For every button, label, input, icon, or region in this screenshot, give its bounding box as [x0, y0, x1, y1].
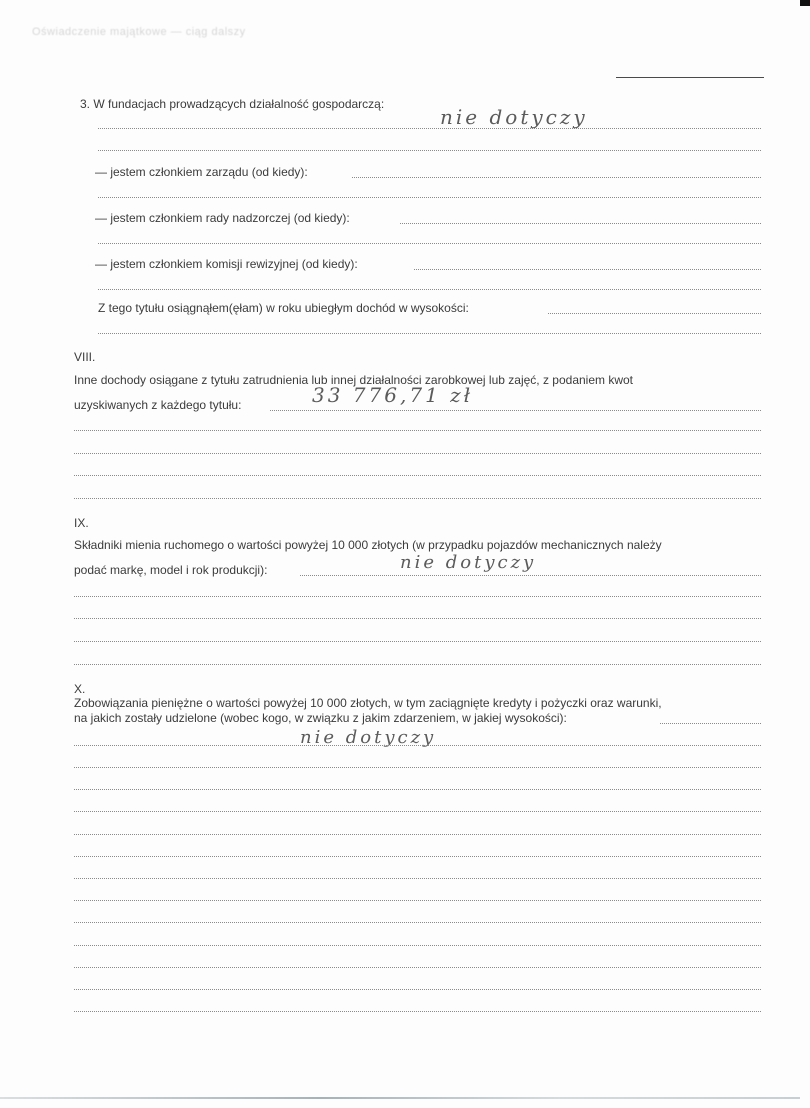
scan-corner-mark: [800, 0, 810, 6]
answer-line: [74, 744, 761, 746]
answer-line: [98, 332, 761, 334]
supervisory-member-label: — jestem członkiem rady nadzorczej (od k…: [95, 211, 350, 225]
answer-line: [74, 497, 761, 499]
answer-line: [352, 176, 761, 178]
answer-line: [74, 640, 761, 642]
answer-line: [74, 595, 761, 597]
answer-line: [74, 899, 761, 901]
answer-line: [660, 722, 761, 724]
answer-line: [74, 855, 761, 857]
answer-line: [300, 574, 761, 576]
answer-line: [98, 149, 761, 151]
section-9-text-line-2: podać markę, model i rok produkcji):: [74, 563, 267, 577]
section-8-numeral: VIII.: [74, 350, 95, 364]
section-9-numeral: IX.: [74, 516, 89, 530]
faded-header-text: Oświadczenie majątkowe — ciąg dalszy: [32, 26, 652, 39]
answer-line: [74, 474, 761, 476]
foundations-item-label: 3. W fundacjach prowadzących działalność…: [80, 97, 384, 111]
header-signature-rule: [616, 77, 764, 78]
handwritten-amount: 33 776,71 zł: [312, 383, 473, 407]
audit-member-label: — jestem członkiem komisji rewizyjnej (o…: [95, 257, 358, 271]
section-10-numeral: X.: [74, 682, 85, 696]
answer-line: [74, 617, 761, 619]
answer-line: [414, 268, 761, 270]
scanned-form-page: Oświadczenie majątkowe — ciąg dalszy 3. …: [0, 0, 810, 1108]
answer-line: [74, 921, 761, 923]
handwritten-answer: nie dotyczy: [440, 105, 588, 129]
section-10-text-line-2: na jakich zostały udzielone (wobec kogo,…: [74, 711, 567, 725]
answer-line: [74, 944, 761, 946]
answer-line: [74, 452, 761, 454]
answer-line: [74, 429, 761, 431]
answer-line: [98, 127, 761, 129]
answer-line: [74, 833, 761, 835]
answer-line: [74, 788, 761, 790]
section-9-text-line-1: Składniki mienia ruchomego o wartości po…: [74, 538, 662, 552]
answer-line: [74, 810, 761, 812]
answer-line: [270, 409, 761, 411]
scan-bottom-edge: [0, 1097, 800, 1099]
handwritten-answer: nie dotyczy: [400, 552, 536, 573]
answer-line: [74, 1010, 761, 1012]
answer-line: [74, 966, 761, 968]
answer-line: [98, 288, 761, 290]
answer-line: [74, 988, 761, 990]
answer-line: [74, 877, 761, 879]
answer-line: [98, 242, 761, 244]
answer-line: [74, 766, 761, 768]
board-member-label: — jestem członkiem zarządu (od kiedy):: [95, 165, 308, 179]
answer-line: [74, 663, 761, 665]
answer-line: [98, 196, 761, 198]
income-label: Z tego tytułu osiągnąłem(ęłam) w roku ub…: [98, 301, 469, 315]
answer-line: [400, 222, 761, 224]
answer-line: [548, 312, 761, 314]
section-10-text-line-1: Zobowiązania pieniężne o wartości powyże…: [74, 696, 662, 710]
section-8-text-line-2: uzyskiwanych z każdego tytułu:: [74, 398, 241, 412]
